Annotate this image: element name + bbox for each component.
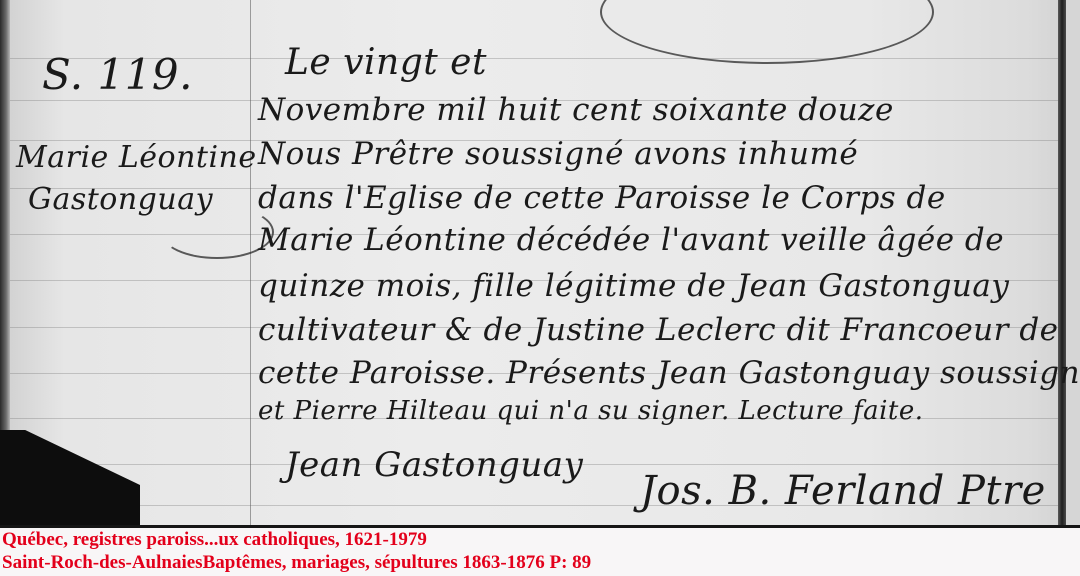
- scan-shadow: [0, 430, 140, 528]
- record-line: cultivateur & de Justine Leclerc dit Fra…: [258, 312, 1059, 348]
- book-gutter: [1058, 0, 1066, 525]
- signature-witness: Jean Gastonguay: [285, 445, 583, 485]
- record-line: Marie Léontine décédée l'avant veille âg…: [258, 222, 1004, 258]
- record-line: cette Paroisse. Présents Jean Gastonguay…: [258, 355, 1080, 391]
- register-location-page: Saint-Roch-des-AulnaiesBaptêmes, mariage…: [2, 551, 1080, 574]
- record-line: Le vingt et: [285, 42, 487, 83]
- register-scan-image: S. 119. Marie Léontine Gastonguay Le vin…: [0, 0, 1080, 528]
- record-line: Novembre mil huit cent soixante douze: [258, 92, 894, 128]
- decorative-flourish: [600, 0, 934, 64]
- adjacent-page-edge: [1066, 0, 1080, 525]
- signature-priest: Jos. B. Ferland Ptre: [640, 468, 1046, 514]
- image-caption: Québec, registres paroiss...ux catholiqu…: [2, 528, 1080, 574]
- folio-number: S. 119.: [42, 50, 193, 99]
- record-line: et Pierre Hilteau qui n'a su signer. Lec…: [258, 396, 924, 426]
- margin-rule: [250, 0, 251, 525]
- record-line: Nous Prêtre soussigné avons inhumé: [258, 136, 858, 172]
- record-line: quinze mois, fille légitime de Jean Gast…: [258, 268, 1009, 304]
- deceased-surname: Gastonguay: [28, 182, 213, 217]
- collection-title: Québec, registres paroiss...ux catholiqu…: [2, 528, 1080, 551]
- deceased-given-names: Marie Léontine: [16, 140, 257, 175]
- record-line: dans l'Eglise de cette Paroisse le Corps…: [258, 180, 946, 216]
